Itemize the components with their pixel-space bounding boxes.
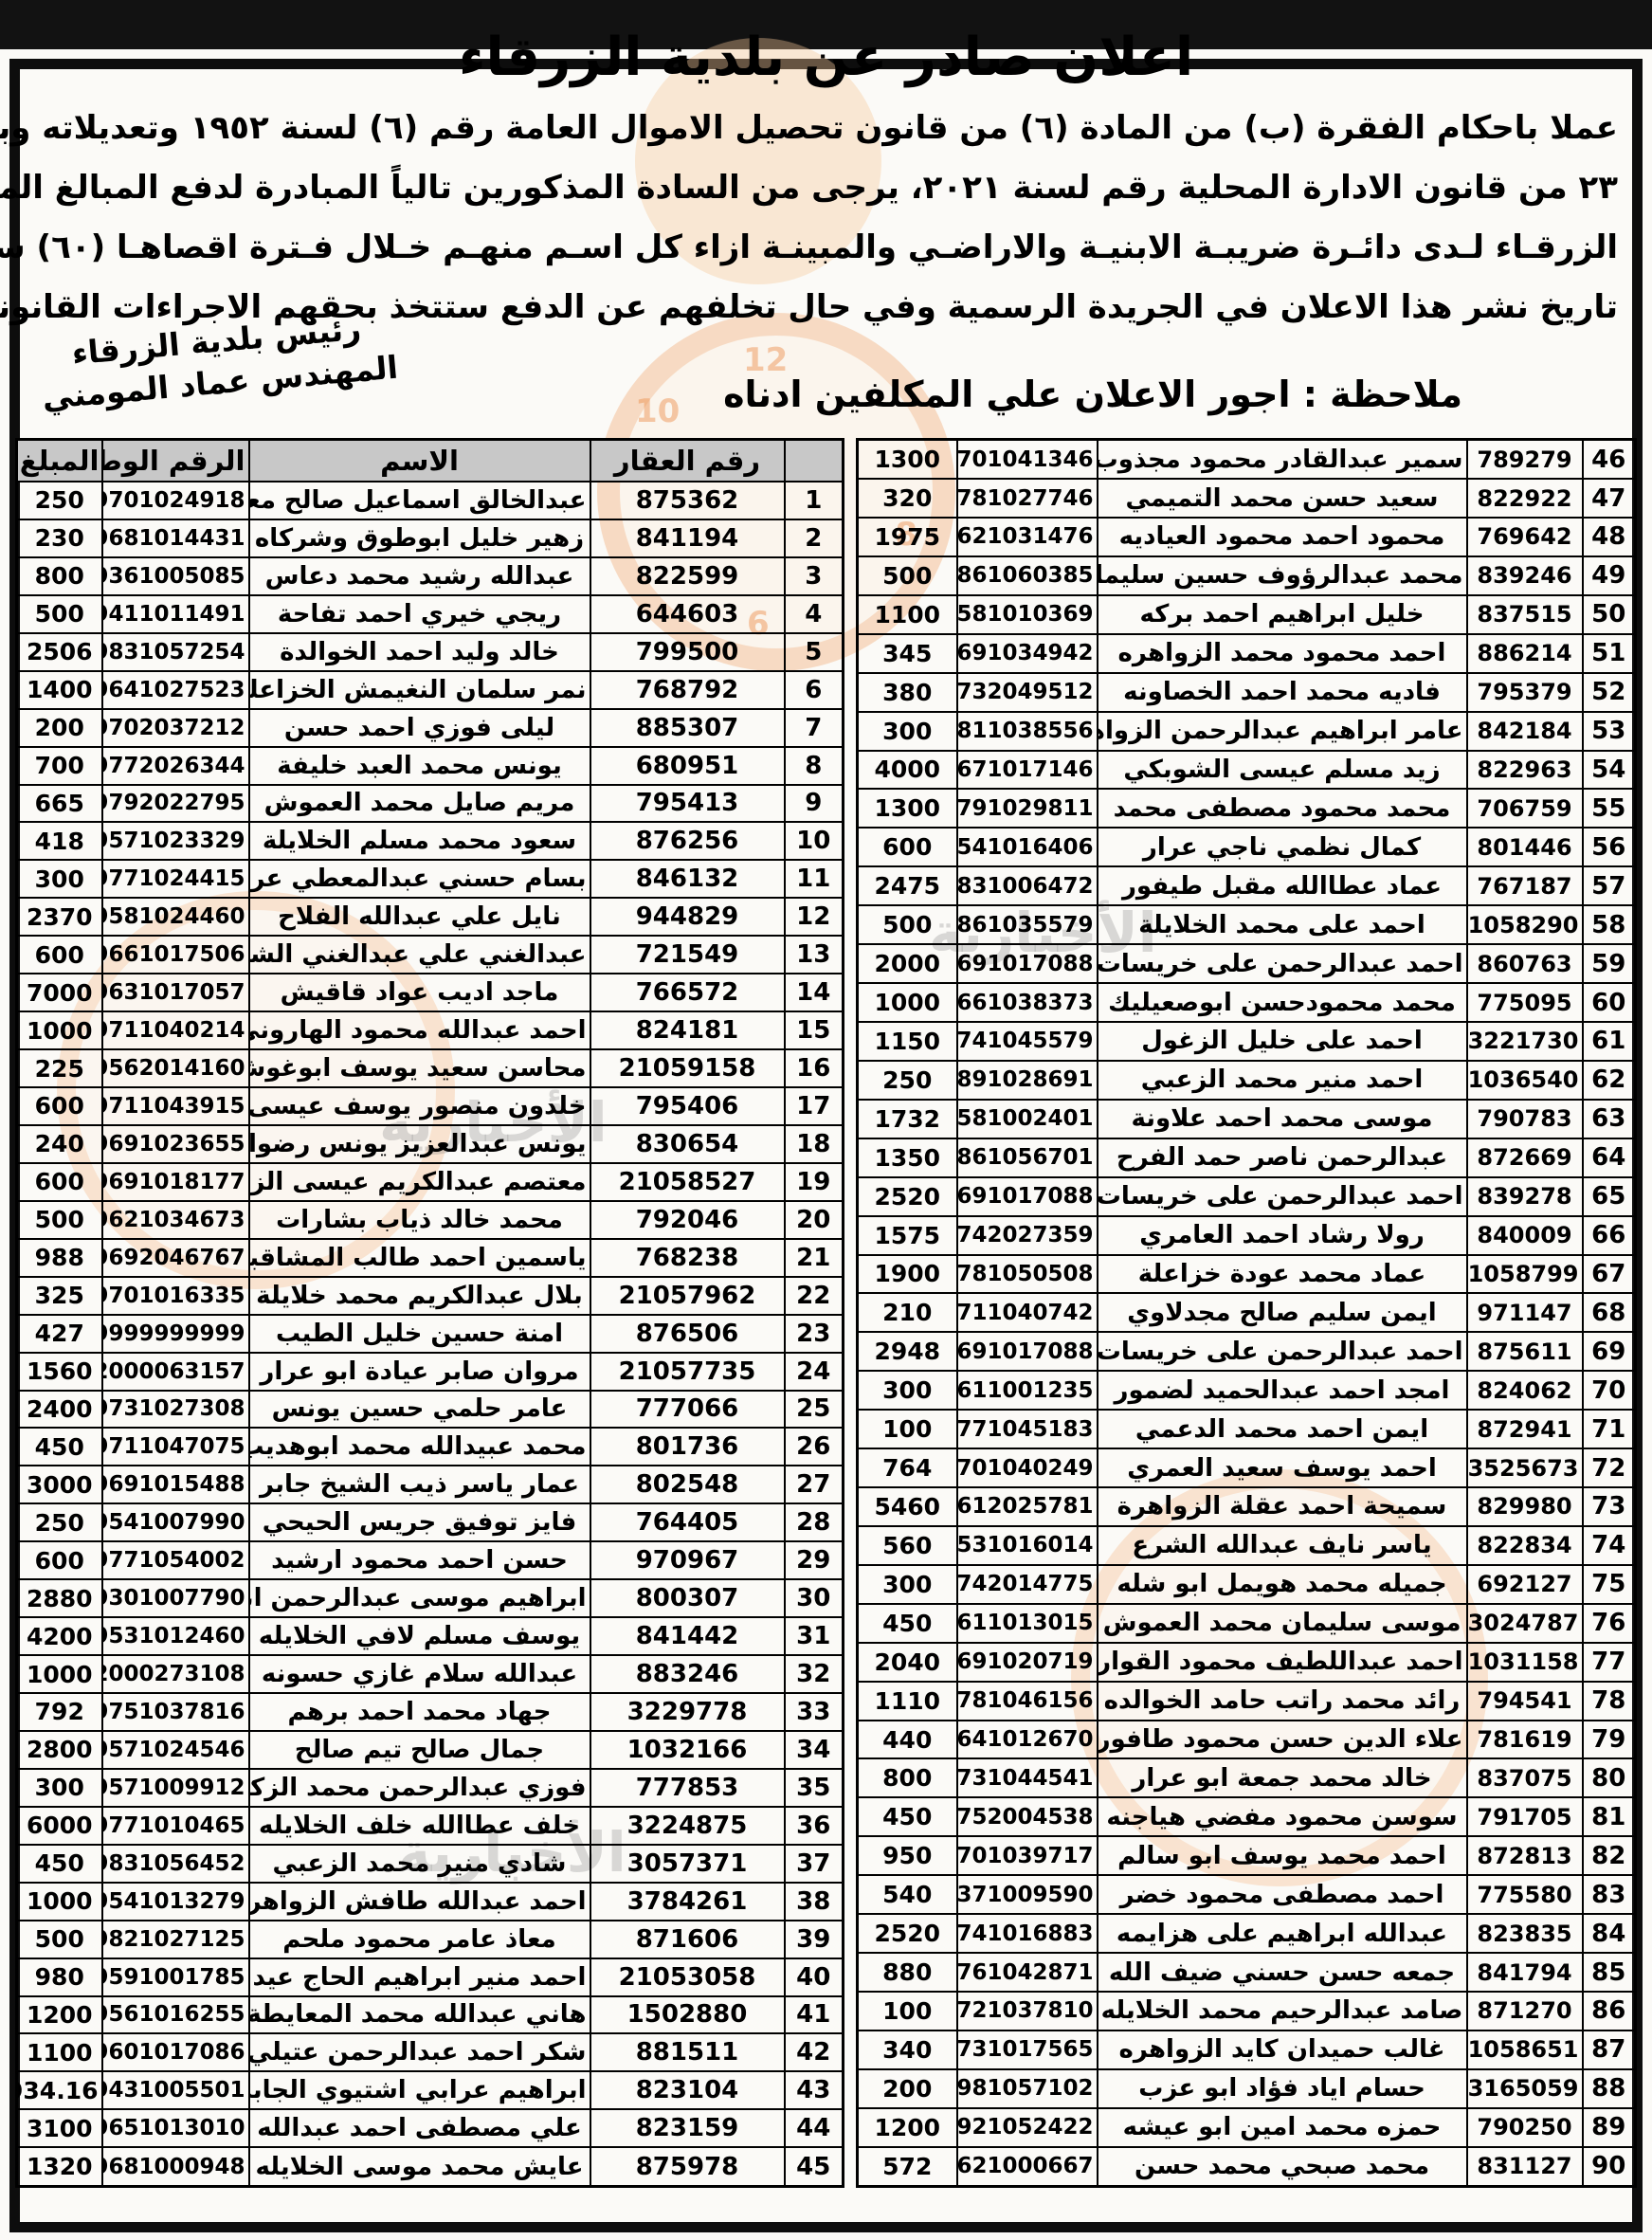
cell-national-id: 9732049512 bbox=[957, 673, 1098, 712]
cell-property-number: 822963 bbox=[1467, 751, 1583, 790]
cell-national-id: 9611001235 bbox=[957, 1371, 1098, 1410]
table-row: 85 841794 جمعه حسن حسني ضيف الله 9761042… bbox=[858, 1953, 1636, 1992]
cell-serial: 13 bbox=[785, 936, 844, 974]
cell-national-id: 9431005501 bbox=[102, 2071, 249, 2109]
cell-serial: 62 bbox=[1583, 1061, 1636, 1100]
cell-name: سعود محمد مسلم الخلايلة bbox=[249, 822, 590, 860]
cell-national-id: 9711047075 bbox=[102, 1428, 249, 1466]
cell-national-id: 9741016883 bbox=[957, 1914, 1098, 1953]
table-row: 67 21058799 عماد محمد عودة خزاعلة 978105… bbox=[858, 1255, 1636, 1294]
cell-property-number: 823104 bbox=[590, 2071, 785, 2109]
cell-amount: 450 bbox=[17, 1428, 102, 1466]
cell-amount: 2506 bbox=[17, 633, 102, 671]
cell-name: موسى محمد احمد علاونة bbox=[1098, 1100, 1467, 1138]
body-line: الزرقـاء لـدى دائـرة ضريبـة الابنيـة وال… bbox=[34, 218, 1618, 278]
cell-serial: 72 bbox=[1583, 1448, 1636, 1487]
cell-amount: 2000 bbox=[858, 944, 957, 983]
cell-serial: 86 bbox=[1583, 1992, 1636, 2031]
cell-property-number: 823835 bbox=[1467, 1914, 1583, 1953]
cell-property-number: 824062 bbox=[1467, 1371, 1583, 1410]
table-row: 66 840009 رولا رشاد احمد العامري 9742027… bbox=[858, 1216, 1636, 1255]
cell-name: عبدالله سلام غازي حسونه bbox=[249, 1655, 590, 1693]
cell-property-number: 768238 bbox=[590, 1239, 785, 1277]
cell-property-number: 795406 bbox=[590, 1087, 785, 1125]
cell-national-id: 9581024460 bbox=[102, 898, 249, 936]
cell-serial: 22 bbox=[785, 1277, 844, 1315]
cell-property-number: 971147 bbox=[1467, 1293, 1583, 1332]
table-row: 2 841194 زهير خليل ابوطوق وشركاه 9681014… bbox=[17, 519, 844, 557]
cell-national-id: 9621000667 bbox=[957, 2147, 1098, 2187]
cell-serial: 47 bbox=[1583, 479, 1636, 518]
cell-serial: 5 bbox=[785, 633, 844, 671]
table-row: 43 823104 ابراهيم عرابي اشتيوي الجابري 9… bbox=[17, 2071, 844, 2109]
table-row: 86 871270 صامد عبدالرحيم محمد الخلايله 9… bbox=[858, 1992, 1636, 2031]
cell-amount: 200 bbox=[858, 2069, 957, 2108]
cell-serial: 17 bbox=[785, 1087, 844, 1125]
table-row: 81 791705 سوسن محمود مفضي هياجنه 9752004… bbox=[858, 1797, 1636, 1836]
table-row: 50 837515 خليل ابراهيم احمد بركه 9581010… bbox=[858, 595, 1636, 634]
cell-name: شكر احمد عبدالرحمن عتيلي bbox=[249, 2033, 590, 2071]
table-row: 28 764405 فايز توفيق جريس الحيحي 9541007… bbox=[17, 1503, 844, 1541]
cell-national-id: 9861035579 bbox=[957, 905, 1098, 944]
cell-national-id: 9691020719 bbox=[957, 1643, 1098, 1682]
cell-national-id: 9681014431 bbox=[102, 519, 249, 557]
table-row: 44 823159 علي مصطفى احمد عبدالله 9651013… bbox=[17, 2109, 844, 2147]
cell-amount: 500 bbox=[17, 595, 102, 633]
cell-serial: 81 bbox=[1583, 1797, 1636, 1836]
cell-national-id: 9792022795 bbox=[102, 785, 249, 823]
table-row: 77 1031158 احمد عبداللطيف محمود القواريق… bbox=[858, 1643, 1636, 1682]
cell-national-id: 9731044541 bbox=[957, 1758, 1098, 1797]
cell-national-id: 9771045183 bbox=[957, 1410, 1098, 1448]
cell-national-id: 9562014160 bbox=[102, 1049, 249, 1087]
cell-serial: 89 bbox=[1583, 2108, 1636, 2147]
cell-amount: 1560 bbox=[17, 1353, 102, 1391]
cell-national-id: 9711040742 bbox=[957, 1293, 1098, 1332]
header-serial bbox=[785, 440, 844, 483]
cell-national-id: 9702037212 bbox=[102, 709, 249, 747]
cell-amount: 325 bbox=[17, 1277, 102, 1315]
body-line: ٢٣ من قانون الادارة المحلية رقم لسنة ٢٠٢… bbox=[34, 158, 1618, 218]
cell-amount: 450 bbox=[858, 1604, 957, 1643]
cell-serial: 85 bbox=[1583, 1953, 1636, 1992]
cell-national-id: 9631017057 bbox=[102, 974, 249, 1011]
cell-name: خالد وليد احمد الخوالدة bbox=[249, 633, 590, 671]
table-row: 78 794541 رائد محمد راتب حامد الخوالده 9… bbox=[858, 1682, 1636, 1721]
table-row: 21 768238 ياسمين احمد طالب المشاقبة 9692… bbox=[17, 1239, 844, 1277]
cell-serial: 36 bbox=[785, 1807, 844, 1845]
cell-serial: 53 bbox=[1583, 712, 1636, 751]
cell-national-id: 9721037810 bbox=[957, 1992, 1098, 2031]
cell-name: عماد محمد عودة خزاعلة bbox=[1098, 1255, 1467, 1294]
page-title: اعلان صادر عن بلدية الزرقاء bbox=[0, 27, 1652, 88]
cell-name: ياسر نايف عبدالله الشرع bbox=[1098, 1526, 1467, 1565]
cell-serial: 74 bbox=[1583, 1526, 1636, 1565]
cell-name: موسى سليمان محمد العموش bbox=[1098, 1604, 1467, 1643]
cell-national-id: 9541007990 bbox=[102, 1503, 249, 1541]
table-row: 45 875978 عايش محمد موسى الخلايله 968100… bbox=[17, 2147, 844, 2186]
cell-name: خلف عطاالله خلف الخلايله bbox=[249, 1807, 590, 1845]
cell-amount: 3100 bbox=[17, 2109, 102, 2147]
cell-amount: 340 bbox=[858, 2031, 957, 2069]
cell-property-number: 706759 bbox=[1467, 789, 1583, 828]
cell-name: معاذ عامر محمود ملحم bbox=[249, 1921, 590, 1958]
cell-property-number: 822834 bbox=[1467, 1526, 1583, 1565]
cell-amount: 250 bbox=[17, 1503, 102, 1541]
cell-property-number: 841194 bbox=[590, 519, 785, 557]
cell-name: احمد عبدالله طافش الزواهره bbox=[249, 1883, 590, 1921]
cell-amount: 600 bbox=[17, 936, 102, 974]
cell-property-number: 871606 bbox=[590, 1921, 785, 1958]
cell-national-id: 9761042871 bbox=[957, 1953, 1098, 1992]
cell-property-number: 3057371 bbox=[590, 1845, 785, 1883]
cell-amount: 572 bbox=[858, 2147, 957, 2187]
cell-property-number: 822922 bbox=[1467, 479, 1583, 518]
cell-name: شادي منير محمد الزعبي bbox=[249, 1845, 590, 1883]
table-row: 84 823835 عبدالله ابراهيم على هزايمه 974… bbox=[858, 1914, 1636, 1953]
cell-national-id: 9701039717 bbox=[957, 1836, 1098, 1875]
cell-name: عبدالله ابراهيم على هزايمه bbox=[1098, 1914, 1467, 1953]
table-row: 65 839278 احمد عبدالرحمن على خريسات وشرك… bbox=[858, 1177, 1636, 1216]
cell-property-number: 876506 bbox=[590, 1315, 785, 1353]
cell-serial: 76 bbox=[1583, 1604, 1636, 1643]
cell-property-number: 21057735 bbox=[590, 1353, 785, 1391]
cell-amount: 1100 bbox=[858, 595, 957, 634]
cell-name: احمد منير محمد الزعبي bbox=[1098, 1061, 1467, 1100]
cell-amount: 1150 bbox=[858, 1022, 957, 1061]
cell-national-id: 9742014775 bbox=[957, 1565, 1098, 1604]
cell-property-number: 876256 bbox=[590, 822, 785, 860]
table-row: 59 860763 احمد عبدالرحمن على خريسات 9691… bbox=[858, 944, 1636, 983]
cell-name: جهاد محمد احمد برهم bbox=[249, 1693, 590, 1731]
table-row: 47 822922 سعيد حسن محمد التميمي 97810277… bbox=[858, 479, 1636, 518]
cell-national-id: 9691017088 bbox=[957, 1332, 1098, 1371]
table-row: 22 21057962 بلال عبدالكريم محمد خلايلة 9… bbox=[17, 1277, 844, 1315]
cell-name: جميله محمد هويمل ابو شله bbox=[1098, 1565, 1467, 1604]
cell-property-number: 790783 bbox=[1467, 1100, 1583, 1138]
table-row: 4 644603 ريجي خيري احمد تفاحة 9411011491… bbox=[17, 595, 844, 633]
cell-property-number: 795413 bbox=[590, 785, 785, 823]
table-row: 62 1036540 احمد منير محمد الزعبي 9891028… bbox=[858, 1061, 1636, 1100]
cell-national-id: 9612025781 bbox=[957, 1487, 1098, 1526]
cell-amount: 1320 bbox=[17, 2147, 102, 2186]
cell-property-number: 944829 bbox=[590, 898, 785, 936]
cell-serial: 73 bbox=[1583, 1487, 1636, 1526]
cell-property-number: 3024787 bbox=[1467, 1604, 1583, 1643]
table-row: 39 871606 معاذ عامر محمود ملحم 982102712… bbox=[17, 1921, 844, 1958]
cell-name: خليل ابراهيم احمد بركه bbox=[1098, 595, 1467, 634]
cell-amount: 345 bbox=[858, 634, 957, 673]
cell-name: حمزه محمد امين ابو عيشه bbox=[1098, 2108, 1467, 2147]
cell-serial: 21 bbox=[785, 1239, 844, 1277]
cell-national-id: 9692046767 bbox=[102, 1239, 249, 1277]
cell-property-number: 801736 bbox=[590, 1428, 785, 1466]
cell-property-number: 777853 bbox=[590, 1769, 785, 1807]
cell-name: عماد عطاالله مقبل طيفور bbox=[1098, 866, 1467, 905]
cell-amount: 1575 bbox=[858, 1216, 957, 1255]
cell-amount: 1732 bbox=[858, 1100, 957, 1138]
cell-property-number: 794541 bbox=[1467, 1682, 1583, 1721]
cell-amount: 6000 bbox=[17, 1807, 102, 1845]
cell-serial: 2 bbox=[785, 519, 844, 557]
cell-national-id: 9921052422 bbox=[957, 2108, 1098, 2147]
cell-name: سوسن محمود مفضي هياجنه bbox=[1098, 1797, 1467, 1836]
cell-national-id: 9651013010 bbox=[102, 2109, 249, 2147]
cell-name: ريجي خيري احمد تفاحة bbox=[249, 595, 590, 633]
cell-amount: 100 bbox=[858, 1410, 957, 1448]
cell-serial: 38 bbox=[785, 1883, 844, 1921]
cell-amount: 225 bbox=[17, 1049, 102, 1087]
cell-property-number: 883246 bbox=[590, 1655, 785, 1693]
cell-property-number: 769642 bbox=[1467, 518, 1583, 556]
cell-national-id: 9891028691 bbox=[957, 1061, 1098, 1100]
cell-property-number: 21058290 bbox=[1467, 905, 1583, 944]
cell-serial: 65 bbox=[1583, 1177, 1636, 1216]
cell-property-number: 846132 bbox=[590, 860, 785, 898]
cell-name: جمعه حسن حسني ضيف الله bbox=[1098, 1953, 1467, 1992]
table-row: 71 872941 ايمن احمد محمد الدعمي 97710451… bbox=[858, 1410, 1636, 1448]
cell-name: عامر ابراهيم عبدالرحمن الزواهره bbox=[1098, 712, 1467, 751]
table-row: 32 883246 عبدالله سلام غازي حسونه 200027… bbox=[17, 1655, 844, 1693]
cell-national-id: 9781027746 bbox=[957, 479, 1098, 518]
table-row: 19 21058527 معتصم عبدالكريم عيسى الزغول … bbox=[17, 1163, 844, 1201]
cell-national-id: 9691023655 bbox=[102, 1125, 249, 1163]
table-row: 79 781619 علاء الدين حسن محمود طافور 964… bbox=[858, 1721, 1636, 1759]
cell-property-number: 721549 bbox=[590, 936, 785, 974]
table-row: 7 885307 ليلى فوزي احمد حسن 9702037212 2… bbox=[17, 709, 844, 747]
cell-amount: 1200 bbox=[17, 1996, 102, 2034]
cell-amount: 7000 bbox=[17, 974, 102, 1011]
cell-amount: 600 bbox=[17, 1163, 102, 1201]
cell-national-id: 9741045579 bbox=[957, 1022, 1098, 1061]
cell-serial: 37 bbox=[785, 1845, 844, 1883]
cell-name: احمد محمود محمد الزواهره bbox=[1098, 634, 1467, 673]
cell-national-id: 9361005085 bbox=[102, 557, 249, 595]
table-row: 46 789279 سمير عبدالقادر محمود مجذوب 970… bbox=[858, 440, 1636, 480]
cell-amount: 300 bbox=[17, 1769, 102, 1807]
cell-amount: 1300 bbox=[858, 789, 957, 828]
table-row: 72 3525673 احمد يوسف سعيد العمري 9701040… bbox=[858, 1448, 1636, 1487]
table-row: 88 3165059 حسام اياد فؤاد ابو عزب 998105… bbox=[858, 2069, 1636, 2108]
table-row: 60 775095 محمد محمودحسن ابوصعيليك 966103… bbox=[858, 983, 1636, 1022]
cell-property-number: 800307 bbox=[590, 1579, 785, 1617]
cell-serial: 6 bbox=[785, 671, 844, 709]
cell-national-id: 9831057254 bbox=[102, 633, 249, 671]
cell-amount: 1000 bbox=[858, 983, 957, 1022]
cell-serial: 67 bbox=[1583, 1255, 1636, 1294]
cell-serial: 49 bbox=[1583, 556, 1636, 595]
cell-amount: 800 bbox=[858, 1758, 957, 1797]
cell-property-number: 872941 bbox=[1467, 1410, 1583, 1448]
cell-serial: 58 bbox=[1583, 905, 1636, 944]
cell-serial: 15 bbox=[785, 1011, 844, 1049]
note-line: ملاحظة : اجور الاعلان علي المكلفين ادناه bbox=[723, 373, 1462, 415]
cell-serial: 9 bbox=[785, 785, 844, 823]
cell-property-number: 768792 bbox=[590, 671, 785, 709]
cell-property-number: 21053058 bbox=[590, 1958, 785, 1996]
cell-property-number: 1502880 bbox=[590, 1996, 785, 2034]
cell-amount: 988 bbox=[17, 1239, 102, 1277]
cell-amount: 560 bbox=[858, 1526, 957, 1565]
cell-name: محمد محمودحسن ابوصعيليك bbox=[1098, 983, 1467, 1022]
table-row: 42 881511 شكر احمد عبدالرحمن عتيلي 96010… bbox=[17, 2033, 844, 2071]
cell-national-id: 9591001785 bbox=[102, 1958, 249, 1996]
cell-name: علي مصطفى احمد عبدالله bbox=[249, 2109, 590, 2147]
cell-serial: 54 bbox=[1583, 751, 1636, 790]
cell-national-id: 9571024546 bbox=[102, 1731, 249, 1769]
cell-name: ماجد اديب عواد قاقيش bbox=[249, 974, 590, 1011]
table-row: 3 822599 عبدالله رشيد محمد دعاس 93610050… bbox=[17, 557, 844, 595]
cell-name: بسام حسني عبدالمعطي عرمان bbox=[249, 860, 590, 898]
cell-national-id: 9621031476 bbox=[957, 518, 1098, 556]
table-row: 68 971147 ايمن سليم صالح مجدلاوي 9711040… bbox=[858, 1293, 1636, 1332]
cell-serial: 43 bbox=[785, 2071, 844, 2109]
cell-name: احمد مصطفى محمود خضر bbox=[1098, 1875, 1467, 1914]
cell-serial: 70 bbox=[1583, 1371, 1636, 1410]
cell-property-number: 829980 bbox=[1467, 1487, 1583, 1526]
cell-name: احمد عبداللطيف محمود القواريق bbox=[1098, 1643, 1467, 1682]
cell-property-number: 824181 bbox=[590, 1011, 785, 1049]
cell-name: علاء الدين حسن محمود طافور bbox=[1098, 1721, 1467, 1759]
cell-property-number: 841442 bbox=[590, 1617, 785, 1655]
cell-name: مروان صابر عيادة ابو عرار bbox=[249, 1353, 590, 1391]
cell-amount: 1975 bbox=[858, 518, 957, 556]
cell-serial: 46 bbox=[1583, 440, 1636, 480]
cell-serial: 61 bbox=[1583, 1022, 1636, 1061]
cell-amount: 1350 bbox=[858, 1138, 957, 1177]
cell-name: خالد محمد جمعة ابو عرار bbox=[1098, 1758, 1467, 1797]
cell-national-id: 2000063157 bbox=[102, 1353, 249, 1391]
cell-property-number: 3525673 bbox=[1467, 1448, 1583, 1487]
cell-national-id: 9731027308 bbox=[102, 1391, 249, 1429]
cell-property-number: 3229778 bbox=[590, 1693, 785, 1731]
table-row: 14 766572 ماجد اديب عواد قاقيش 963101705… bbox=[17, 974, 844, 1011]
cell-amount: 1000 bbox=[17, 1011, 102, 1049]
header-property-number: رقم العقار bbox=[590, 440, 785, 483]
cell-name: محمود احمد محمود العياديه bbox=[1098, 518, 1467, 556]
taxpayers-table-right: رقم العقار الاسم الرقم الوطني المبلغ 1 8… bbox=[15, 438, 844, 2188]
cell-name: احمد على خليل الزغول bbox=[1098, 1022, 1467, 1061]
cell-amount: 1110 bbox=[858, 1682, 957, 1721]
cell-serial: 59 bbox=[1583, 944, 1636, 983]
table-row: 56 801446 كمال نظمي ناجي عرار 9541016406… bbox=[858, 828, 1636, 866]
cell-name: حسام اياد فؤاد ابو عزب bbox=[1098, 2069, 1467, 2108]
cell-amount: 418 bbox=[17, 822, 102, 860]
table-row: 61 3221730 احمد على خليل الزغول 97410455… bbox=[858, 1022, 1636, 1061]
table-row: 13 721549 عبدالغني علي عبدالغني الشواهنة… bbox=[17, 936, 844, 974]
cell-serial: 33 bbox=[785, 1693, 844, 1731]
cell-property-number: 875362 bbox=[590, 482, 785, 519]
cell-name: معتصم عبدالكريم عيسى الزغول bbox=[249, 1163, 590, 1201]
cell-name: نايل علي عبدالله الفلاح bbox=[249, 898, 590, 936]
cell-serial: 3 bbox=[785, 557, 844, 595]
table-row: 75 692127 جميله محمد هويمل ابو شله 97420… bbox=[858, 1565, 1636, 1604]
cell-amount: 230 bbox=[17, 519, 102, 557]
cell-name: يونس محمد العبد خليفة bbox=[249, 747, 590, 785]
cell-property-number: 795379 bbox=[1467, 673, 1583, 712]
cell-serial: 42 bbox=[785, 2033, 844, 2071]
cell-name: محمد خالد ذياب بشارات bbox=[249, 1201, 590, 1239]
cell-amount: 300 bbox=[858, 1565, 957, 1604]
cell-name: محمد محمود مصطفى محمد bbox=[1098, 789, 1467, 828]
table-row: 33 3229778 جهاد محمد احمد برهم 975103781… bbox=[17, 1693, 844, 1731]
cell-amount: 500 bbox=[858, 905, 957, 944]
cell-serial: 78 bbox=[1583, 1682, 1636, 1721]
cell-amount: 934.16 bbox=[17, 2071, 102, 2109]
cell-amount: 600 bbox=[17, 1541, 102, 1579]
cell-serial: 39 bbox=[785, 1921, 844, 1958]
cell-amount: 3000 bbox=[17, 1466, 102, 1503]
cell-national-id: 9771024415 bbox=[102, 860, 249, 898]
cell-amount: 1300 bbox=[858, 440, 957, 480]
cell-serial: 10 bbox=[785, 822, 844, 860]
cell-property-number: 21058651 bbox=[1467, 2031, 1583, 2069]
newspaper-announcement-page: 12 6 10 8 الأخبارية الأخبارية الأخبارية … bbox=[0, 0, 1652, 2240]
cell-amount: 764 bbox=[858, 1448, 957, 1487]
cell-name: احمد عبدالرحمن على خريسات bbox=[1098, 1332, 1467, 1371]
cell-property-number: 3784261 bbox=[590, 1883, 785, 1921]
table-row: 40 21053058 احمد منير ابراهيم الحاج عيد … bbox=[17, 1958, 844, 1996]
cell-amount: 320 bbox=[858, 479, 957, 518]
cell-name: عمار ياسر ذيب الشيخ جابر bbox=[249, 1466, 590, 1503]
cell-property-number: 970967 bbox=[590, 1541, 785, 1579]
cell-national-id: 2000273108 bbox=[102, 1655, 249, 1693]
table-row: 73 829980 سميحة احمد عقلة الزواهرة 96120… bbox=[858, 1487, 1636, 1526]
cell-serial: 20 bbox=[785, 1201, 844, 1239]
cell-serial: 40 bbox=[785, 1958, 844, 1996]
cell-serial: 12 bbox=[785, 898, 844, 936]
cell-name: يوسف مسلم لافي الخلايله bbox=[249, 1617, 590, 1655]
cell-property-number: 881511 bbox=[590, 2033, 785, 2071]
table-row: 29 970967 حسن احمد محمود ارشيد 977105400… bbox=[17, 1541, 844, 1579]
cell-amount: 980 bbox=[17, 1958, 102, 1996]
cell-property-number: 1036540 bbox=[1467, 1061, 1583, 1100]
cell-serial: 88 bbox=[1583, 2069, 1636, 2108]
cell-property-number: 789279 bbox=[1467, 440, 1583, 480]
cell-amount: 210 bbox=[858, 1293, 957, 1332]
cell-property-number: 872813 bbox=[1467, 1836, 1583, 1875]
table-row: 53 842184 عامر ابراهيم عبدالرحمن الزواهر… bbox=[858, 712, 1636, 751]
table-row: 38 3784261 احمد عبدالله طافش الزواهره 95… bbox=[17, 1883, 844, 1921]
table-row: 35 777853 فوزي عبدالرحمن محمد الزكارنه 9… bbox=[17, 1769, 844, 1807]
cell-name: ابراهيم عرابي اشتيوي الجابري bbox=[249, 2071, 590, 2109]
cell-serial: 51 bbox=[1583, 634, 1636, 673]
cell-property-number: 767187 bbox=[1467, 866, 1583, 905]
cell-national-id: 9791029811 bbox=[957, 789, 1098, 828]
cell-name: ايمن احمد محمد الدعمي bbox=[1098, 1410, 1467, 1448]
table-row: 48 769642 محمود احمد محمود العياديه 9621… bbox=[858, 518, 1636, 556]
table-row: 23 876506 امنة حسين خليل الطيب 999999999… bbox=[17, 1315, 844, 1353]
cell-national-id: 9701041346 bbox=[957, 440, 1098, 480]
cell-property-number: 799500 bbox=[590, 633, 785, 671]
cell-name: عبدالخالق اسماعيل صالح معمر bbox=[249, 482, 590, 519]
cell-serial: 87 bbox=[1583, 2031, 1636, 2069]
cell-name: حسن احمد محمود ارشيد bbox=[249, 1541, 590, 1579]
table-row: 87 21058651 غالب حميدان كايد الزواهره 97… bbox=[858, 2031, 1636, 2069]
cell-serial: 35 bbox=[785, 1769, 844, 1807]
cell-amount: 100 bbox=[858, 1992, 957, 2031]
table-row: 76 3024787 موسى سليمان محمد العموش 96110… bbox=[858, 1604, 1636, 1643]
cell-national-id: 9371009590 bbox=[957, 1875, 1098, 1914]
cell-property-number: 801446 bbox=[1467, 828, 1583, 866]
cell-serial: 84 bbox=[1583, 1914, 1636, 1953]
cell-national-id: 9752004538 bbox=[957, 1797, 1098, 1836]
cell-amount: 450 bbox=[17, 1845, 102, 1883]
table-row: 31 841442 يوسف مسلم لافي الخلايله 953101… bbox=[17, 1617, 844, 1655]
cell-national-id: 9861060385 bbox=[957, 556, 1098, 595]
cell-serial: 4 bbox=[785, 595, 844, 633]
cell-name: فوزي عبدالرحمن محمد الزكارنه bbox=[249, 1769, 590, 1807]
